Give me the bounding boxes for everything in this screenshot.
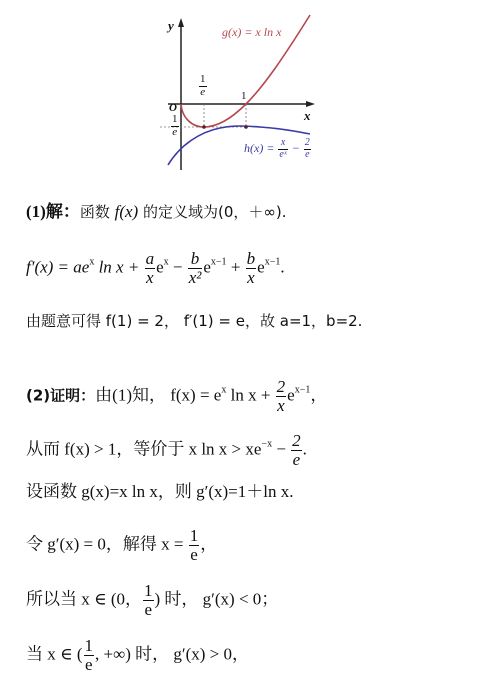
y-axis-label: y [168, 18, 174, 34]
x-axis-arrow-icon [306, 101, 315, 107]
y-axis-arrow-icon [178, 18, 184, 27]
tick-1-over-e: 1 e [199, 74, 207, 98]
part2-heading: (2)证明： [26, 386, 95, 404]
g-label: g(x) = x ln x [222, 25, 281, 40]
function-graph: y x O 1 e 1 1 e g(x) = x ln x h(x) = xeˣ… [160, 0, 340, 180]
part2-line4: 令 g′(x) = 0，解得 x = 1e， [26, 527, 217, 564]
part1-derivative: f′(x) = aex ln x + axex − bx²ex−1 + bxex… [26, 250, 285, 287]
part1-heading: (1)解： [26, 202, 80, 221]
part2-line2: 从而 f(x) > 1，等价于 x ln x > xe−x − 2e. [26, 432, 307, 469]
tick-neg-1-over-e: 1 e [171, 114, 179, 138]
part2-line1: (2)证明：由(1)知， f(x) = ex ln x + 2xex−1， [26, 378, 327, 415]
part2-line6: 当 x ∈ (1e, +∞) 时， g′(x) > 0， [26, 637, 249, 674]
part2-line5: 所以当 x ∈ (0，1e) 时， g′(x) < 0； [26, 582, 278, 619]
tick-1: 1 [241, 90, 247, 102]
x-axis-label: x [304, 108, 311, 124]
h-label: h(x) = xeˣ − 2e [244, 138, 312, 160]
part1-line3: 由题意可得 f(1) = 2， f′(1) = e，故 a=1，b=2. [26, 314, 362, 329]
part2-line3: 设函数 g(x)=x ln x，则 g′(x)=1＋ln x. [26, 483, 293, 500]
part1-line1: (1)解：函数 f(x) 的定义域为(0，＋∞). [26, 203, 286, 220]
